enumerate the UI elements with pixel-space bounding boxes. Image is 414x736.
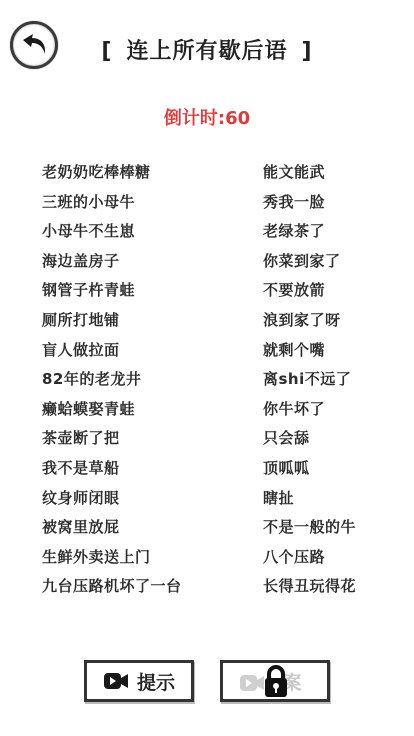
left-item[interactable]: 被窝里放屁 <box>42 513 182 543</box>
left-column: 老奶奶吃棒棒糖 三班的小母牛 小母牛不生崽 海边盖房子 钢管子杵青蛙 厕所打地铺… <box>42 158 182 602</box>
countdown-timer: 倒计时:60 <box>0 104 414 130</box>
right-item[interactable]: 你菜到家了 <box>263 247 356 277</box>
video-camera-icon <box>239 673 265 693</box>
left-item[interactable]: 生鲜外卖送上门 <box>42 543 182 573</box>
right-item[interactable]: 只会舔 <box>263 424 356 454</box>
page-title: [连上所有歇后语] <box>0 34 414 65</box>
left-item[interactable]: 三班的小母牛 <box>42 188 182 218</box>
left-item[interactable]: 海边盖房子 <box>42 247 182 277</box>
right-item[interactable]: 你牛坏了 <box>263 395 356 425</box>
left-item[interactable]: 九台压路机坏了一台 <box>42 572 182 602</box>
right-column: 能文能武 秀我一脸 老绿茶了 你菜到家了 不要放箭 浪到家了呀 就剩个嘴 离sh… <box>263 158 356 602</box>
right-item[interactable]: 能文能武 <box>263 158 356 188</box>
title-bracket-right: ] <box>302 39 313 64</box>
left-item[interactable]: 茶壶断了把 <box>42 424 182 454</box>
right-item[interactable]: 不要放箭 <box>263 276 356 306</box>
left-item[interactable]: 盲人做拉面 <box>42 336 182 366</box>
left-item[interactable]: 癞蛤蟆娶青蛙 <box>42 395 182 425</box>
left-item[interactable]: 纹身师闭眼 <box>42 484 182 514</box>
hint-button[interactable]: 提示 <box>84 660 194 702</box>
lock-icon <box>263 665 289 699</box>
answer-button[interactable]: 案 <box>220 660 330 702</box>
left-item[interactable]: 82年的老龙井 <box>42 365 182 395</box>
left-item[interactable]: 小母牛不生崽 <box>42 217 182 247</box>
right-item[interactable]: 秀我一脸 <box>263 188 356 218</box>
video-camera-icon <box>103 671 129 691</box>
right-item[interactable]: 不是一般的牛 <box>263 513 356 543</box>
right-item[interactable]: 老绿茶了 <box>263 217 356 247</box>
left-item[interactable]: 老奶奶吃棒棒糖 <box>42 158 182 188</box>
title-bracket-left: [ <box>101 39 112 64</box>
title-text: 连上所有歇后语 <box>126 39 287 64</box>
right-item[interactable]: 八个压路 <box>263 543 356 573</box>
right-item[interactable]: 长得丑玩得花 <box>263 572 356 602</box>
left-item[interactable]: 厕所打地铺 <box>42 306 182 336</box>
right-item[interactable]: 就剩个嘴 <box>263 336 356 366</box>
right-item[interactable]: 瞎扯 <box>263 484 356 514</box>
right-item[interactable]: 顶呱呱 <box>263 454 356 484</box>
left-item[interactable]: 钢管子杵青蛙 <box>42 276 182 306</box>
left-item[interactable]: 我不是草船 <box>42 454 182 484</box>
hint-label: 提示 <box>137 668 175 695</box>
right-item[interactable]: 浪到家了呀 <box>263 306 356 336</box>
right-item[interactable]: 离shi不远了 <box>263 365 356 395</box>
